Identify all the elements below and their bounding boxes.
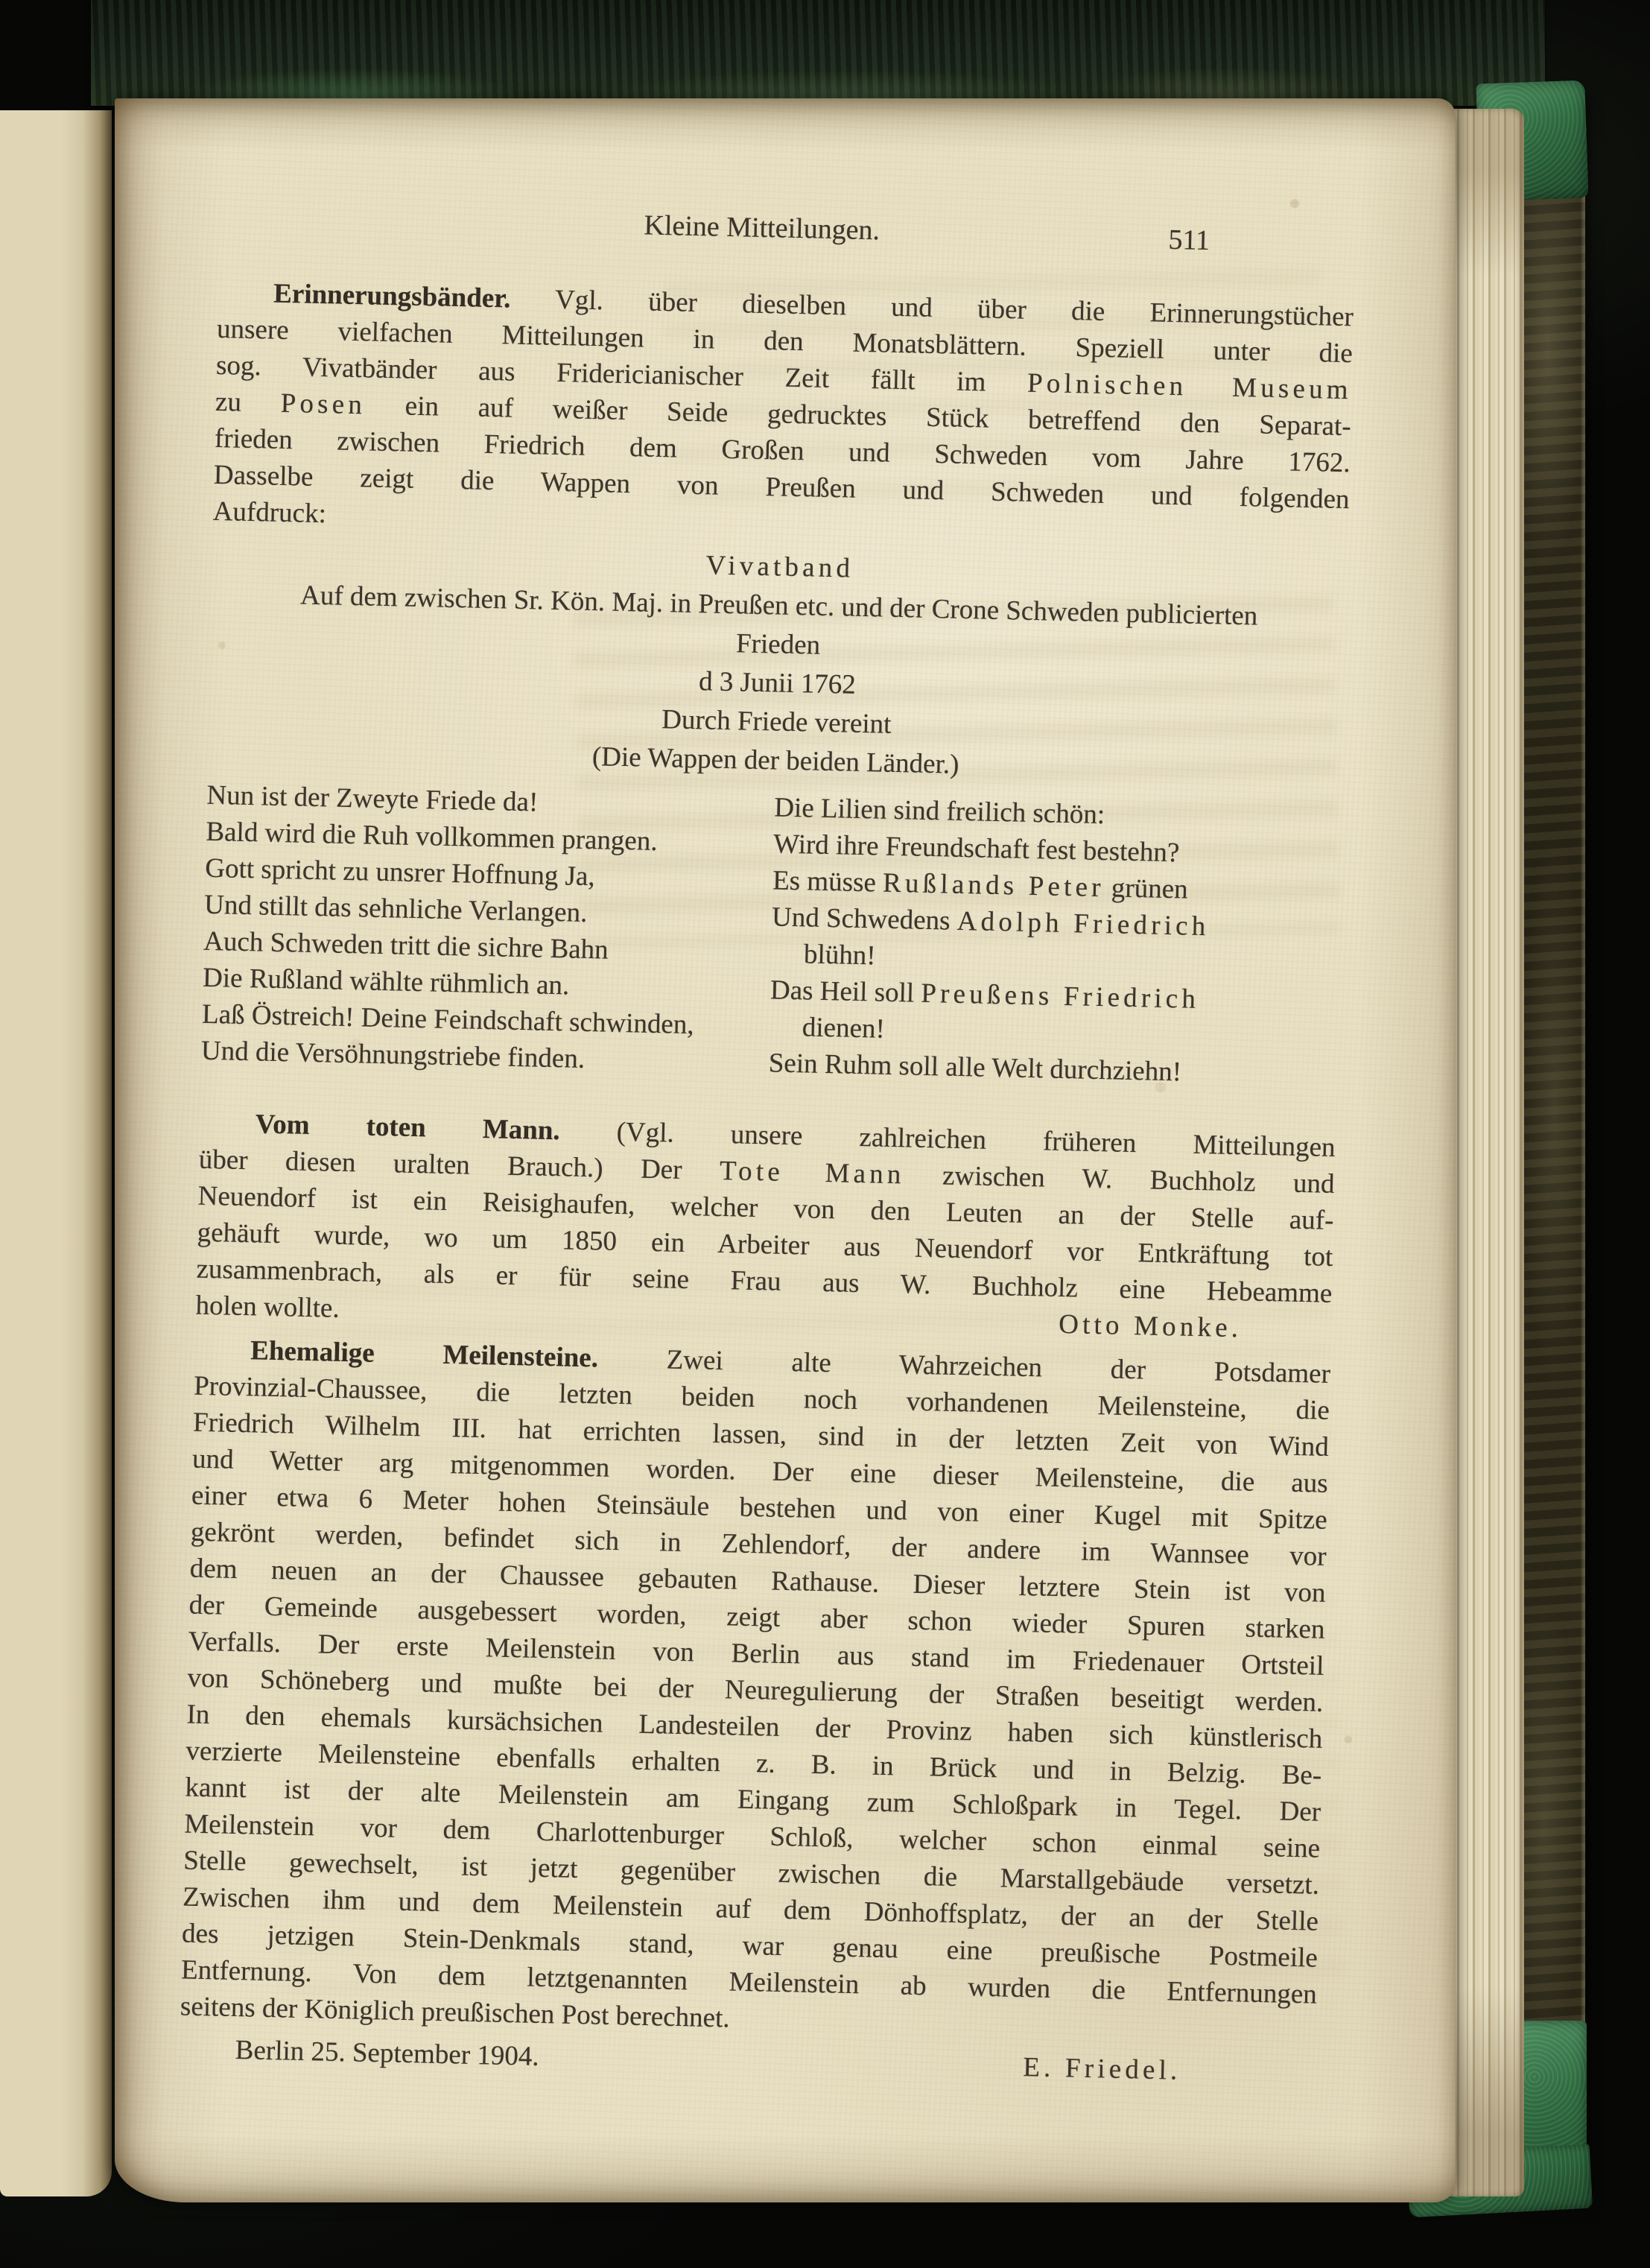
text-segment: holen wollte. [195,1290,340,1324]
text-segment: Das Heil soll [770,975,921,1008]
poem-columns: Nun ist der Zweyte Friede da!Bald wird d… [200,777,1342,1094]
poem-right-column: Die Lilien sind freilich schön:Wird ihre… [768,789,1342,1094]
running-title: Kleine Mitteilungen. [194,197,1330,259]
page-number: 511 [1168,222,1210,259]
book-cover-top-edge [91,0,1545,106]
page-header: Kleine Mitteilungen. 511 [219,198,1356,267]
section-ehemalige-meilensteine: Ehemalige Meilensteine. Zwei alte Wahrze… [180,1331,1331,2050]
book-cover-right-edge [1517,95,1585,2207]
text-segment: Und Schwedens [772,902,958,936]
text-segment: zu [215,387,282,419]
text-segment: Tote Mann [720,1156,905,1190]
text-segment: Berlin 25. September 1904. [235,2035,539,2072]
text-segment: Polnischen Museum [1027,368,1353,405]
text-segment: zwischen W. Buchholz und [904,1159,1335,1200]
text-segment: Frieden [736,628,821,660]
text-segment: Vivatband [705,550,854,583]
text-segment: Rußlands Peter [883,868,1105,903]
poem-left-column: Nun ist der Zweyte Friede da!Bald wird d… [200,777,761,1081]
page-fore-edge-stack [1448,109,1524,2196]
text-segment: Vom toten Mann. [255,1109,560,1146]
text-segment: Gott spricht zu unsrer Hoffnung Ja, [205,853,595,892]
text-segment: Erinnerungsbänder. [273,279,511,314]
text-segment: (Die Wappen der beiden Länder.) [592,741,959,780]
text-segment: Es müsse [772,865,883,898]
vivatband-block: VivatbandAuf dem zwischen Sr. Kön. Maj. … [207,536,1348,793]
text-segment: Posen [280,388,366,420]
text-segment: Otto Monke. [1059,1306,1243,1346]
text-segment: Und die Versöhnungstriebe finden. [201,1036,586,1074]
text-segment: Ehemalige Meilensteine. [250,1335,599,1373]
section-vom-toten-mann: Vom toten Mann. (Vgl. unsere zahlreichen… [195,1105,1336,1349]
text-segment: Auch Schweden tritt die sichre Bahn [203,926,609,966]
text-segment: Nun ist der Zweyte Friede da! [206,780,539,818]
text-segment: Adolph Friedrich [956,906,1210,942]
book-page: Kleine Mitteilungen. 511 Erinnerungsbänd… [115,98,1456,2202]
text-segment: Wird ihre Freundschaft fest bestehn? [773,829,1180,868]
text-segment: grünen [1104,872,1188,905]
text-segment: E. Friedel. [967,2047,1181,2088]
text-segment: d 3 Junii 1762 [699,666,857,700]
text-segment: Die Rußland wählte rühmlich an. [203,963,570,1001]
text-segment: dienen! [802,1012,885,1044]
section-erinnerungsbaender: Erinnerungsbänder. Vgl. über dieselben u… [212,274,1354,554]
text-segment: Und stillt das sehnliche Verlangen. [204,890,588,928]
text-segment: blühn! [804,939,876,971]
previous-page-edge [0,110,112,2196]
text-segment: Aufdruck: [212,496,326,529]
text-segment: Sein Ruhm soll alle Welt durchziehn! [768,1048,1181,1087]
text-segment: Preußens Friedrich [921,978,1200,1015]
text-segment: Durch Friede vereint [661,704,892,740]
page-content: Kleine Mitteilungen. 511 Erinnerungsbänd… [179,198,1355,2092]
text-segment: Die Lilien sind freilich schön: [774,792,1105,830]
